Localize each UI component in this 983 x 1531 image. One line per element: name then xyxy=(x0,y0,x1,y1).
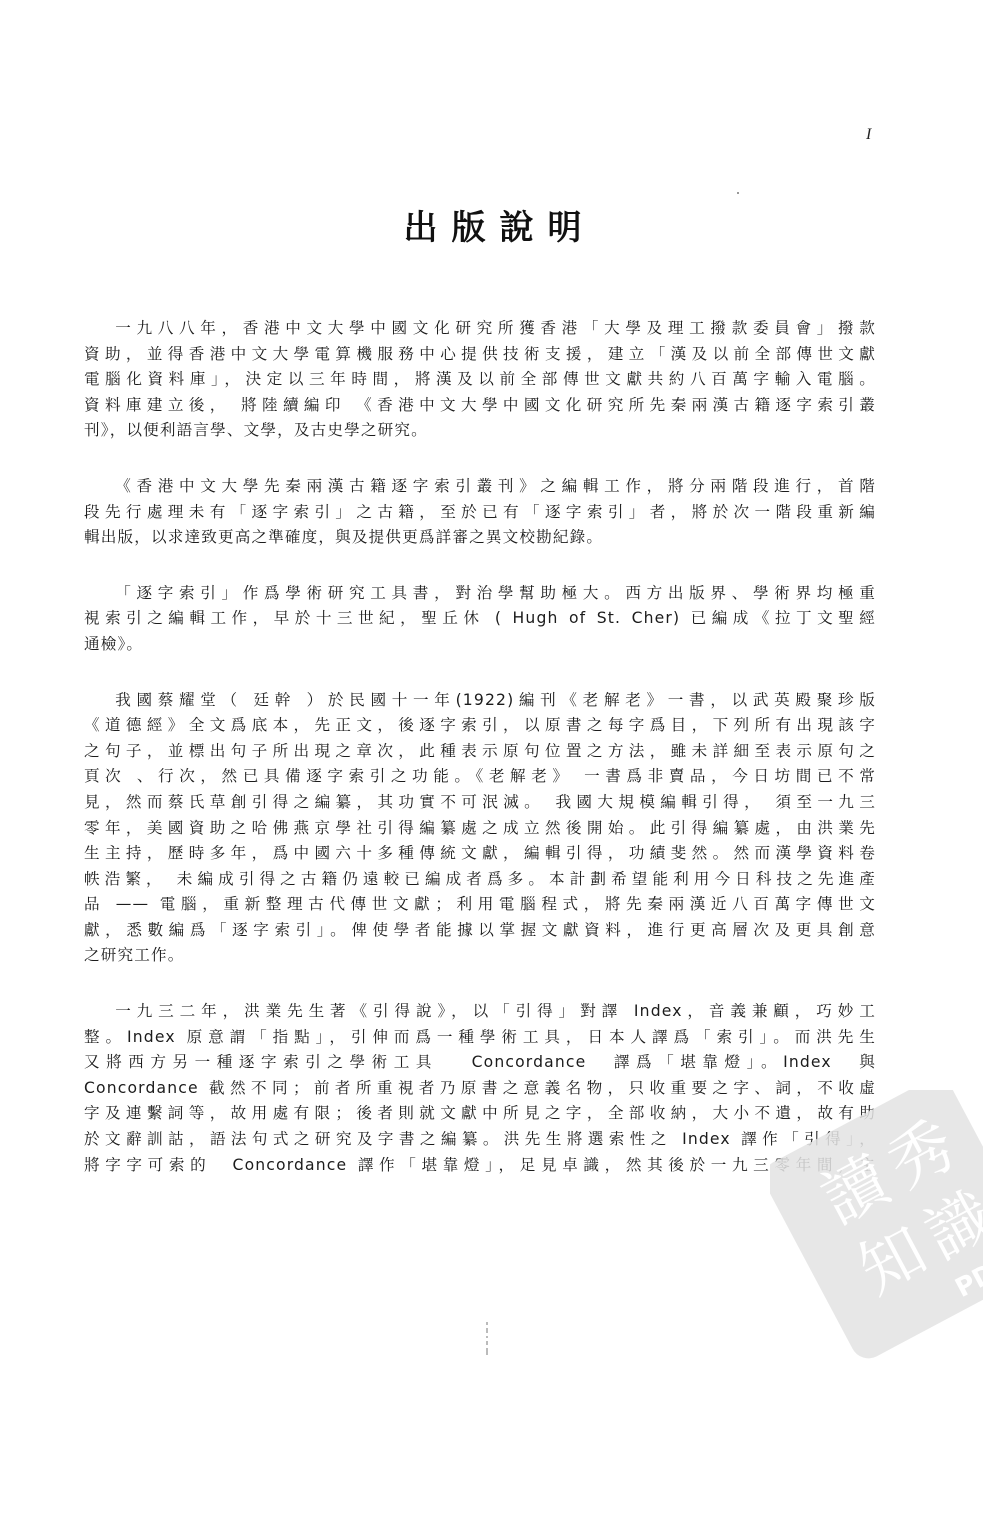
text-line: 之句子，並標出句子所出現之章次，此種表示原句位置之方法，雖未詳細至表示原句之 xyxy=(84,739,876,765)
text-line: 一九八八年，香港中文大學中國文化研究所獲香港「大學及理工撥款委員會」撥款 xyxy=(84,316,876,342)
text-line: 獻，悉數編爲「逐字索引」。俾使學者能據以掌握文獻資料，進行更高層次及更具創意 xyxy=(84,918,876,944)
svg-text:PDG: PDG xyxy=(951,1248,983,1304)
text-line: 字及連繫詞等，故用處有限；後者則就文獻中所見之字，全部收納，大小不遺，故有助 xyxy=(84,1101,876,1127)
text-line: 整。Index 原意謂「指點」，引伸而爲一種學術工具，日本人譯爲「索引」。而洪先… xyxy=(84,1025,876,1051)
text-line: 一九三二年，洪業先生著《引得說》，以「引得」對譯 Index，音義兼顧，巧妙工 xyxy=(84,999,876,1025)
text-line: 將字字可索的 Concordance 譯作「堪靠燈」，足見卓識，然其後於一九三零… xyxy=(84,1153,876,1179)
page-title: 出版說明 xyxy=(0,200,983,249)
svg-text:知: 知 xyxy=(848,1214,939,1309)
page-number: I xyxy=(866,126,871,144)
paragraph-2: 《香港中文大學先秦兩漢古籍逐字索引叢刊》之編輯工作，將分兩階段進行，首階 段先行… xyxy=(84,474,876,551)
text-line: 「逐字索引」作爲學術研究工具書，對治學幫助極大。西方出版界、學術界均極重 xyxy=(84,581,876,607)
body-text: 一九八八年，香港中文大學中國文化研究所獲香港「大學及理工撥款委員會」撥款 資助，… xyxy=(84,316,876,1208)
text-line: 見，然而蔡氏草創引得之編纂，其功實不可泯滅。 我國大規模編輯引得， 須至一九三 xyxy=(84,790,876,816)
svg-text:秀: 秀 xyxy=(876,1108,967,1203)
svg-text:識: 識 xyxy=(914,1179,983,1274)
scan-artifact-dot xyxy=(737,192,739,194)
text-line: 生主持，歷時多年，爲中國六十多種傳統文獻，編輯引得，功績斐然。然而漢學資料卷 xyxy=(84,841,876,867)
text-line: Concordance 截然不同；前者所重視者乃原書之意義名物，只收重要之字、詞… xyxy=(84,1076,876,1102)
text-line: 《香港中文大學先秦兩漢古籍逐字索引叢刊》之編輯工作，將分兩階段進行，首階 xyxy=(84,474,876,500)
text-line: 帙浩繁， 未編成引得之古籍仍遠較已編成者爲多。本計劃希望能利用今日科技之先進產 xyxy=(84,867,876,893)
text-line: 資料庫建立後， 將陸續編印 《香港中文大學中國文化研究所先秦兩漢古籍逐字索引叢 xyxy=(84,393,876,419)
text-line: 我國蔡耀堂（ 廷幹 ）於民國十一年(1922)編刊《老解老》一書，以武英殿聚珍版 xyxy=(84,688,876,714)
text-line: 電腦化資料庫」，決定以三年時間，將漢及以前全部傳世文獻共約八百萬字輸入電腦。 xyxy=(84,367,876,393)
text-line: 視索引之編輯工作，早於十三世紀，聖丘休 ( Hugh of St. Cher) … xyxy=(84,606,876,632)
text-line: 之研究工作。 xyxy=(84,943,876,969)
text-line: 輯出版，以求達致更高之準確度，與及提供更爲詳審之異文校勘紀錄。 xyxy=(84,525,876,551)
paragraph-3: 「逐字索引」作爲學術研究工具書，對治學幫助極大。西方出版界、學術界均極重 視索引… xyxy=(84,581,876,658)
text-line: 資助，並得香港中文大學電算機服務中心提供技術支援，建立「漢及以前全部傳世文獻 xyxy=(84,342,876,368)
text-line: 於文辭訓詁，語法句式之研究及字書之編纂。洪先生將選索性之 Index 譯作「引得… xyxy=(84,1127,876,1153)
text-line: 又將西方另一種逐字索引之學術工具 Concordance 譯爲「堪靠燈」。Ind… xyxy=(84,1050,876,1076)
text-line: 零年，美國資助之哈佛燕京學社引得編纂處之成立然後開始。此引得編纂處，由洪業先 xyxy=(84,816,876,842)
text-line: 刊》，以便利語言學、文學，及古史學之研究。 xyxy=(84,418,876,444)
text-line: 品 —— 電腦，重新整理古代傳世文獻；利用電腦程式，將先秦兩漢近八百萬字傳世文 xyxy=(84,892,876,918)
text-line: 段先行處理未有「逐字索引」之古籍，至於已有「逐字索引」者，將於次一階段重新編 xyxy=(84,500,876,526)
text-line: 《道德經》全文爲底本，先正文，後逐字索引，以原書之每字爲目，下列所有出現該字 xyxy=(84,713,876,739)
paragraph-5: 一九三二年，洪業先生著《引得說》，以「引得」對譯 Index，音義兼顧，巧妙工 … xyxy=(84,999,876,1178)
scan-artifact-marks xyxy=(486,1322,488,1352)
text-line: 通檢》。 xyxy=(84,632,876,658)
paragraph-4: 我國蔡耀堂（ 廷幹 ）於民國十一年(1922)編刊《老解老》一書，以武英殿聚珍版… xyxy=(84,688,876,970)
text-line: 頁次 、行次，然已具備逐字索引之功能。《老解老》 一書爲非賣品，今日坊間已不常 xyxy=(84,764,876,790)
paragraph-1: 一九八八年，香港中文大學中國文化研究所獲香港「大學及理工撥款委員會」撥款 資助，… xyxy=(84,316,876,444)
